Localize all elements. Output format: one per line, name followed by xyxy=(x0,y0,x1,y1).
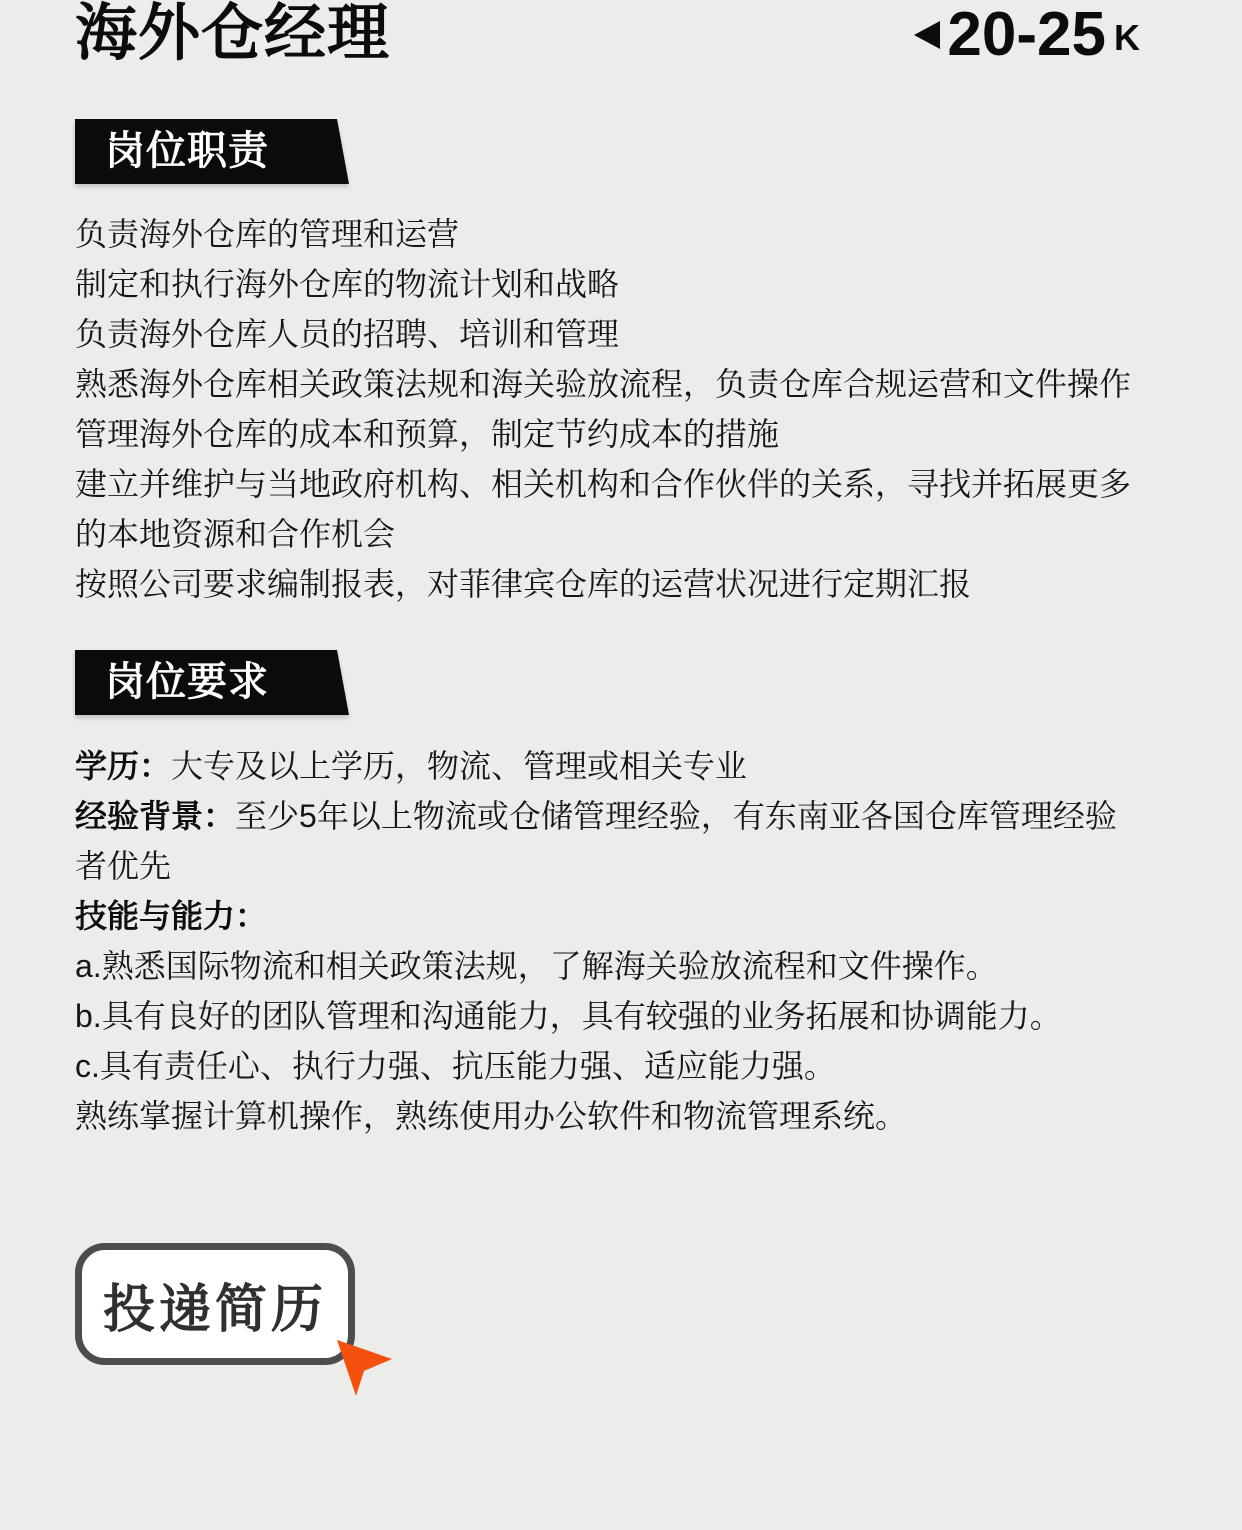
responsibility-line: 负责海外仓库人员的招聘、培训和管理 xyxy=(75,309,1202,359)
requirement-line: a.熟悉国际物流和相关政策法规，了解海关验放流程和文件操作。 xyxy=(75,941,1202,991)
requirement-text: b.具有良好的团队管理和沟通能力，具有较强的业务拓展和协调能力。 xyxy=(75,998,1062,1034)
requirement-text: c.具有责任心、执行力强、抗压能力强、适应能力强。 xyxy=(75,1048,836,1084)
requirement-line: 技能与能力： xyxy=(75,891,1202,941)
requirements-list: 学历：大专及以上学历，物流、管理或相关专业 经验背景：至少5年以上物流或仓储管理… xyxy=(75,741,1202,1141)
requirement-line: 熟练掌握计算机操作，熟练使用办公软件和物流管理系统。 xyxy=(75,1091,1202,1141)
requirement-text: 熟练掌握计算机操作，熟练使用办公软件和物流管理系统。 xyxy=(75,1098,907,1134)
requirement-line: 者优先 xyxy=(75,841,1202,891)
responsibility-line: 按照公司要求编制报表，对菲律宾仓库的运营状况进行定期汇报 xyxy=(75,559,1202,609)
requirement-line: 学历：大专及以上学历，物流、管理或相关专业 xyxy=(75,741,1202,791)
responsibility-line: 熟悉海外仓库相关政策法规和海关验放流程，负责仓库合规运营和文件操作 xyxy=(75,359,1202,409)
requirement-label: 经验背景： xyxy=(75,798,235,834)
requirement-line: c.具有责任心、执行力强、抗压能力强、适应能力强。 xyxy=(75,1041,1202,1091)
requirement-label: 学历： xyxy=(75,748,171,784)
salary-info: 20-25 K xyxy=(914,0,1140,74)
submit-resume-button[interactable]: 投递简历 xyxy=(75,1243,355,1365)
requirement-line: b.具有良好的团队管理和沟通能力，具有较强的业务拓展和协调能力。 xyxy=(75,991,1202,1041)
requirement-text: a.熟悉国际物流和相关政策法规，了解海关验放流程和文件操作。 xyxy=(75,948,998,984)
orange-cursor-icon xyxy=(330,1333,398,1401)
salary-unit: K xyxy=(1114,17,1140,59)
salary-range: 20-25 xyxy=(947,0,1106,70)
requirements-section-badge: 岗位要求 xyxy=(75,650,349,715)
responsibility-line: 负责海外仓库的管理和运营 xyxy=(75,209,1202,259)
responsibility-line: 制定和执行海外仓库的物流计划和战略 xyxy=(75,259,1202,309)
responsibilities-list: 负责海外仓库的管理和运营 制定和执行海外仓库的物流计划和战略 负责海外仓库人员的… xyxy=(75,209,1202,609)
page-title: 海外仓经理 xyxy=(75,0,390,74)
responsibilities-section-badge: 岗位职责 xyxy=(75,119,349,184)
requirement-text: 大专及以上学历，物流、管理或相关专业 xyxy=(171,748,747,784)
requirement-text: 至少5年以上物流或仓储管理经验，有东南亚各国仓库管理经验 xyxy=(235,798,1117,834)
job-posting-page: 海外仓经理 20-25 K 岗位职责 负责海外仓库的管理和运营 制定和执行海外仓… xyxy=(0,0,1242,1530)
responsibility-line: 建立并维护与当地政府机构、相关机构和合作伙伴的关系，寻找并拓展更多 xyxy=(75,459,1202,509)
requirement-label: 技能与能力： xyxy=(75,898,267,934)
requirement-line: 经验背景：至少5年以上物流或仓储管理经验，有东南亚各国仓库管理经验 xyxy=(75,791,1202,841)
responsibility-line: 的本地资源和合作机会 xyxy=(75,509,1202,559)
left-triangle-icon xyxy=(914,21,940,49)
responsibility-line: 管理海外仓库的成本和预算，制定节约成本的措施 xyxy=(75,409,1202,459)
requirement-text: 者优先 xyxy=(75,848,171,884)
